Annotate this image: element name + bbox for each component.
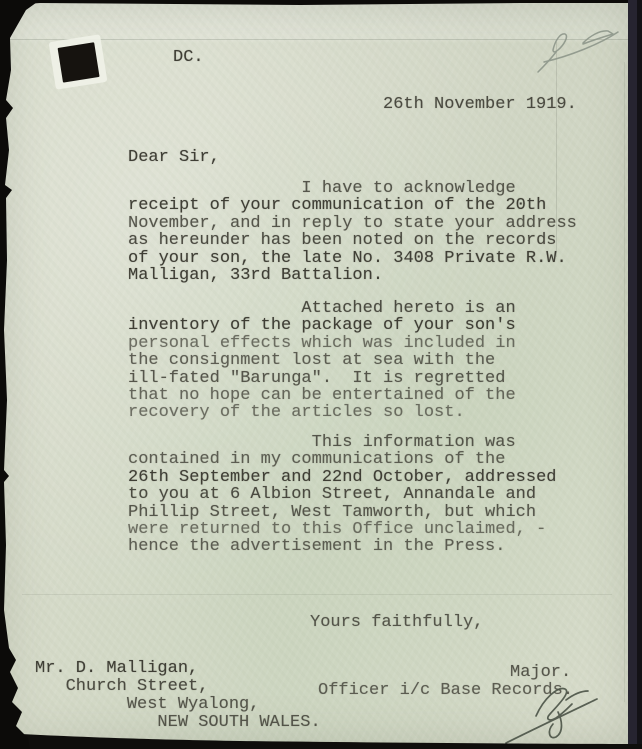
paragraph-1: I have to acknowledge receipt of your co…	[128, 180, 577, 284]
recipient-address: Mr. D. Malligan, Church Street, West Wya…	[35, 660, 321, 732]
reference-code: DC.	[173, 49, 204, 66]
paper-crease-horizontal-lower	[22, 594, 612, 595]
scan-edge-right-outer	[637, 0, 642, 749]
salutation: Dear Sir,	[128, 149, 220, 166]
paragraph-3: This information was contained in my com…	[128, 434, 556, 556]
date-line: 26th November 1919.	[383, 96, 577, 113]
scanned-letter: DC. 26th November 1919. Dear Sir, I have…	[0, 0, 642, 749]
paper-edge-shadow	[624, 62, 625, 702]
paragraph-2: Attached hereto is an inventory of the p…	[128, 300, 516, 422]
office-line: Officer i/c Base Records.	[318, 682, 573, 699]
closing: Yours faithfully,	[310, 614, 483, 631]
paper-crease-horizontal	[10, 39, 628, 40]
rank-line: Major.	[510, 664, 571, 681]
